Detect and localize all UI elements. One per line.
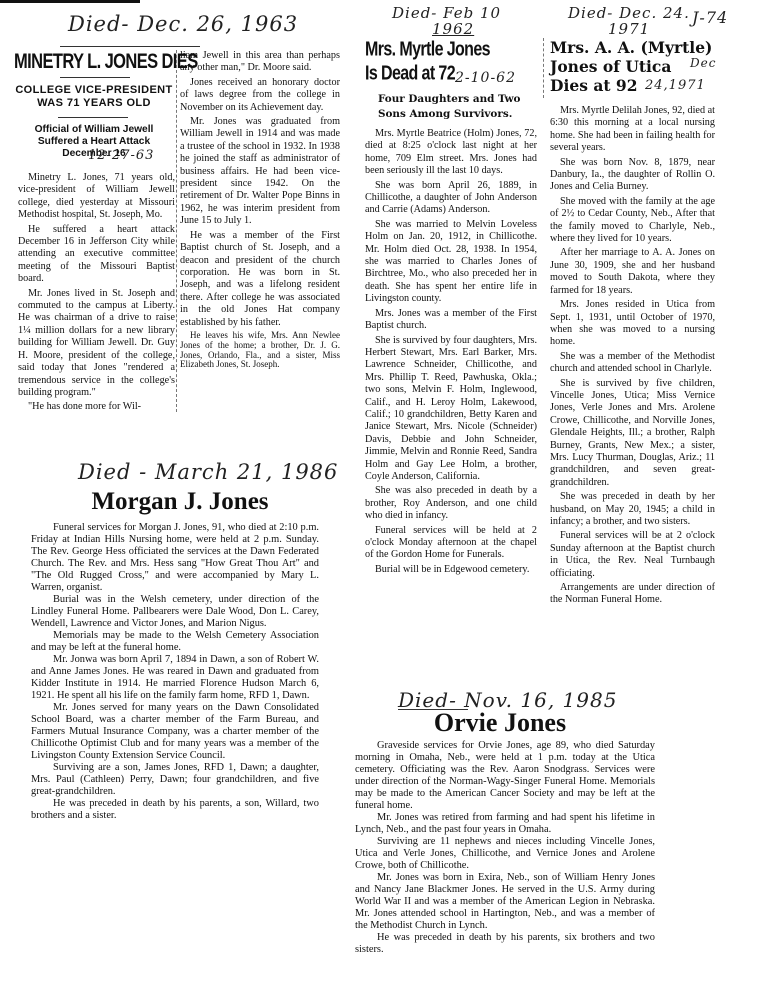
paragraph: Funeral services will be held at 2 o'clo…	[365, 525, 537, 562]
headline: Orvie Jones	[350, 708, 650, 738]
paragraph: She was married to Melvin Loveless Holm …	[365, 219, 537, 306]
paragraph: Mrs. Jones was a member of the First Bap…	[365, 308, 537, 333]
paragraph: Mrs. Myrtle Delilah Jones, 92, died at 6…	[550, 105, 715, 155]
column-divider	[543, 38, 544, 98]
paragraph: Surviving are a son, James Jones, RFD 1,…	[31, 762, 319, 798]
scan-edge-mark	[0, 0, 140, 3]
paragraph: She was born April 26, 1889, in Chillico…	[365, 180, 537, 217]
paragraph: Memorials may be made to the Welsh Cemet…	[31, 630, 319, 654]
deck: Four Daughters and Two Sons Among Surviv…	[378, 92, 548, 122]
handwritten-note-date: 24,1971	[645, 78, 706, 93]
paragraph: She was a member of the Methodist church…	[550, 351, 715, 376]
handwritten-note: 2-10-62	[455, 70, 516, 86]
paragraph: After her marriage to A. A. Jones on Jun…	[550, 247, 715, 297]
paragraph: Burial was in the Welsh cemetery, under …	[31, 594, 319, 630]
paragraph: Surviving are 11 nephews and nieces incl…	[355, 836, 655, 872]
paragraph: Funeral services will be at 2 o'clock Su…	[550, 530, 715, 580]
paragraph: Graveside services for Orvie Jones, age …	[355, 740, 655, 812]
paragraph: He was a member of the First Baptist chu…	[180, 230, 340, 329]
paragraph: She was born Nov. 8, 1879, near Danbury,…	[550, 157, 715, 194]
handwritten-death-year: 1962	[432, 20, 474, 38]
article-body: Mrs. Myrtle Delilah Jones, 92, died at 6…	[550, 105, 715, 609]
article-body: Graveside services for Orvie Jones, age …	[355, 740, 655, 956]
paragraph: He suffered a heart attack December 16 i…	[18, 224, 175, 286]
paragraph: She was preceded in death by her husband…	[550, 491, 715, 528]
paragraph: Burial will be in Edgewood cemetery.	[365, 564, 537, 576]
paragraph: She is survived by five children, Vincel…	[550, 378, 715, 490]
headline-line-1: Mrs. A. A. (Myrtle)	[550, 38, 712, 57]
divider	[58, 117, 128, 118]
headline: Morgan J. Jones	[0, 488, 360, 516]
paragraph: Minetry L. Jones, 71 years old, vice-pre…	[18, 172, 175, 222]
paragraph: Mr. Jones was graduated from William Jew…	[180, 116, 340, 228]
handwritten-death-year: 1971	[608, 20, 650, 38]
paragraph: She moved with the family at the age of …	[550, 196, 715, 246]
headline-line-2: Jones of Utica	[550, 57, 712, 76]
column-divider	[176, 50, 177, 412]
paragraph: Mrs. Jones resided in Utica from Sept. 1…	[550, 299, 715, 349]
divider	[60, 46, 200, 47]
paragraph: liam Jewell in this area than perhaps an…	[180, 50, 340, 75]
paragraph: She is survived by four daughters, Mrs. …	[365, 335, 537, 484]
handwritten-note: 12-27-63	[88, 148, 154, 163]
paragraph: Funeral services for Morgan J. Jones, 91…	[31, 522, 319, 594]
handwritten-death-date: Died - March 21, 1986	[78, 460, 338, 484]
subheadline: COLLEGE VICE-PRESIDENT WAS 71 YEARS OLD	[14, 84, 174, 110]
paragraph: Mrs. Myrtle Beatrice (Holm) Jones, 72, d…	[365, 128, 537, 178]
column-2: liam Jewell in this area than perhaps an…	[180, 50, 340, 372]
article-body: Funeral services for Morgan J. Jones, 91…	[31, 522, 319, 822]
handwritten-death-date: Died- Dec. 26, 1963	[68, 12, 298, 36]
handwritten-note-month: Dec	[690, 56, 716, 70]
paragraph: "He has done more for Wil-	[18, 401, 175, 413]
handwritten-file-code: J-74	[692, 8, 728, 27]
headline-line-1: Mrs. Myrtle Jones	[365, 38, 490, 62]
paragraph: Mr. Jonwa was born April 7, 1894 in Dawn…	[31, 654, 319, 702]
headline: MINETRY L. JONES DIES	[14, 50, 174, 75]
paragraph: Mr. Jones was retired from farming and h…	[355, 812, 655, 836]
paragraph: He was preceded in death by his parents,…	[31, 798, 319, 822]
paragraph: Jones received an honorary doctor of law…	[180, 77, 340, 114]
divider	[60, 77, 130, 78]
paragraph: She was also preceded in death by a brot…	[365, 485, 537, 522]
paragraph: Mr. Jones lived in St. Joseph and commut…	[18, 288, 175, 400]
paragraph: He was preceded in death by his parents,…	[355, 932, 655, 956]
column-1: Minetry L. Jones, 71 years old, vice-pre…	[18, 172, 175, 416]
survivors-paragraph: He leaves his wife, Mrs. Ann Newlee Jone…	[180, 331, 340, 370]
paragraph: Arrangements are under direction of the …	[550, 582, 715, 607]
article-body: Mrs. Myrtle Beatrice (Holm) Jones, 72, d…	[365, 128, 537, 578]
paragraph: Mr. Jones served for many years on the D…	[31, 702, 319, 762]
paragraph: Mr. Jones was born in Exira, Neb., son o…	[355, 872, 655, 932]
